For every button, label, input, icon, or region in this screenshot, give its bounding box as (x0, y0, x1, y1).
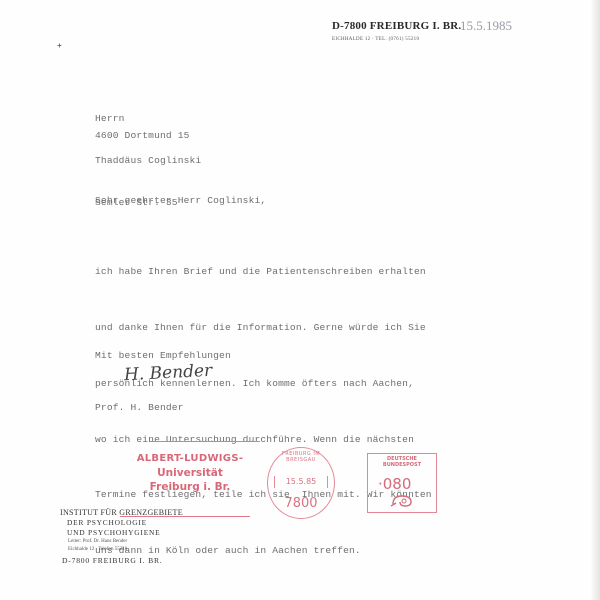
postmark: FREIBURG IM BREISGAU 15.5.85 7800 (267, 447, 335, 519)
institute-line: INSTITUT FÜR GRENZGEBIETE (60, 508, 183, 518)
body-line: wo ich eine Untersuchung durchführe. Wen… (95, 431, 432, 450)
body-line: und danke Ihnen für die Information. Ger… (95, 319, 432, 338)
recipient-line: Thaddäus Coglinski (95, 154, 201, 168)
recipient-line: Herrn (95, 112, 201, 126)
institute-line: Leiter: Prof. Dr. Hans Bender (60, 538, 183, 546)
meter-header: DEUTSCHE BUNDESPOST (372, 456, 432, 468)
letterhead-city: D-7800 FREIBURG I. BR. (332, 20, 461, 32)
postage-meter-stamp: DEUTSCHE BUNDESPOST ·080 (367, 453, 437, 513)
institute-line: UND PSYCHOHYGIENE (60, 528, 183, 538)
stamp-rule (150, 441, 260, 442)
institute-line: Eichhalde 12 · Telefon 55210 (60, 546, 183, 554)
recipient-city: 4600 Dortmund 15 (95, 129, 190, 143)
page-edge-shadow (590, 0, 600, 600)
postmark-ring-text: FREIBURG IM BREISGAU (268, 451, 334, 463)
meter-header-line: BUNDESPOST (372, 462, 432, 468)
university-stamp-line: ALBERT-LUDWIGS- (120, 452, 260, 466)
recipient-address: Herrn Thaddäus Coglinski Semler Str. 35 (95, 84, 201, 238)
body-line: ich habe Ihren Brief und die Patientensc… (95, 263, 432, 282)
posthorn-icon (390, 494, 414, 512)
postmark-zip: 7800 (268, 496, 334, 511)
letterhead-address: EICHHALDE 12 · TEL. (0761) 55210 (332, 37, 419, 42)
institute-block: INSTITUT FÜR GRENZGEBIETE DER PSYCHOLOGI… (60, 508, 183, 568)
institute-line: DER PSYCHOLOGIE (60, 518, 183, 528)
letter-date: 15.5.1985 (460, 18, 512, 34)
letter-page: + D-7800 FREIBURG I. BR. 15.5.1985 EICHH… (0, 0, 600, 600)
university-stamp: ALBERT-LUDWIGS- Universität Freiburg i. … (120, 452, 260, 494)
university-stamp-line: Universität (120, 466, 260, 480)
university-stamp-line: Freiburg i. Br. (120, 480, 260, 494)
sender-name: Prof. H. Bender (95, 401, 184, 415)
meter-value: ·080 (378, 475, 411, 493)
punch-mark: + (57, 42, 62, 51)
salutation: Sehr geehrter Herr Coglinski, (95, 194, 266, 208)
postmark-date: 15.5.85 (274, 476, 328, 488)
institute-line: D-7800 FREIBURG I. BR. (60, 554, 183, 568)
